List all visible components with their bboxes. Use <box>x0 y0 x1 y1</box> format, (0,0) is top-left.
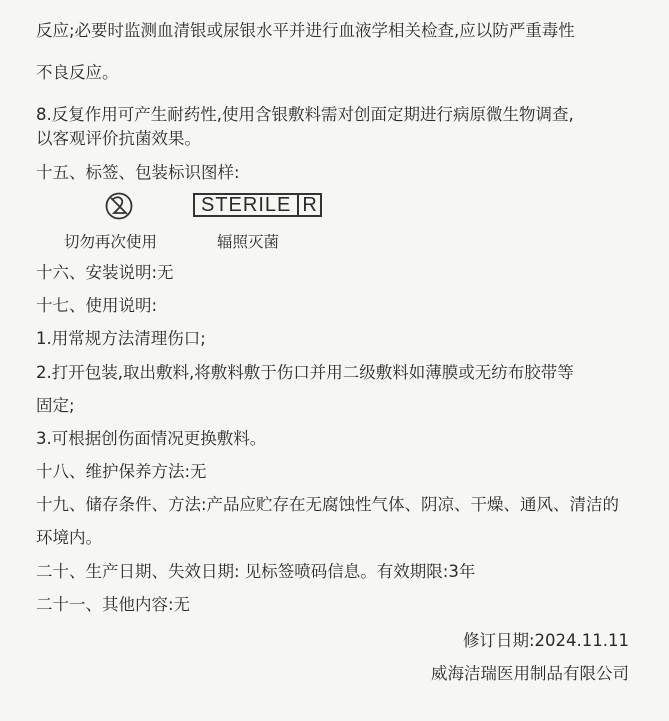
section-heading: 二十、生产日期、失效日期: 见标签喷码信息。有效期限:3年 <box>36 561 475 583</box>
text-line: 环境内。 <box>36 527 102 549</box>
text-line: 1.用常规方法清理伤口; <box>36 328 206 350</box>
no-reuse-caption: 切勿再次使用 <box>64 230 157 252</box>
text-line: 2.打开包装,取出敷料,将敷料敷于伤口并用二级敷料如薄膜或无纺布胶带等 <box>36 362 574 384</box>
text-line: 固定; <box>36 395 75 417</box>
text-line: 以客观评价抗菌效果。 <box>36 128 201 150</box>
text-line: 3.可根据创伤面情况更换敷料。 <box>36 428 266 450</box>
section-heading: 十六、安装说明:无 <box>36 262 174 284</box>
text-line: 不良反应。 <box>36 62 119 84</box>
section-heading: 十九、储存条件、方法:产品应贮存在无腐蚀性气体、阴凉、干燥、通风、清洁的 <box>36 494 619 516</box>
text-line: 8.反复作用可产生耐药性,使用含银敷料需对创面定期进行病原微生物调查, <box>36 104 574 126</box>
section-heading: 十八、维护保养方法:无 <box>36 461 207 483</box>
section-heading: 二十一、其他内容:无 <box>36 594 190 616</box>
sterile-method: R <box>299 195 319 215</box>
do-not-reuse-icon <box>104 191 134 221</box>
section-heading: 十五、标签、包装标识图样: <box>36 162 240 184</box>
section-heading: 十七、使用说明: <box>36 295 157 317</box>
text-line: 反应;必要时监测血清银或尿银水平并进行血液学相关检查,应以防严重毒性 <box>36 20 575 42</box>
sterile-r-icon: STERILE R <box>193 193 322 217</box>
company-name: 威海洁瑞医用制品有限公司 <box>431 660 629 684</box>
sterile-caption: 辐照灭菌 <box>217 230 279 252</box>
revision-date: 修订日期:2024.11.11 <box>463 627 629 651</box>
sterile-label: STERILE <box>195 195 299 215</box>
